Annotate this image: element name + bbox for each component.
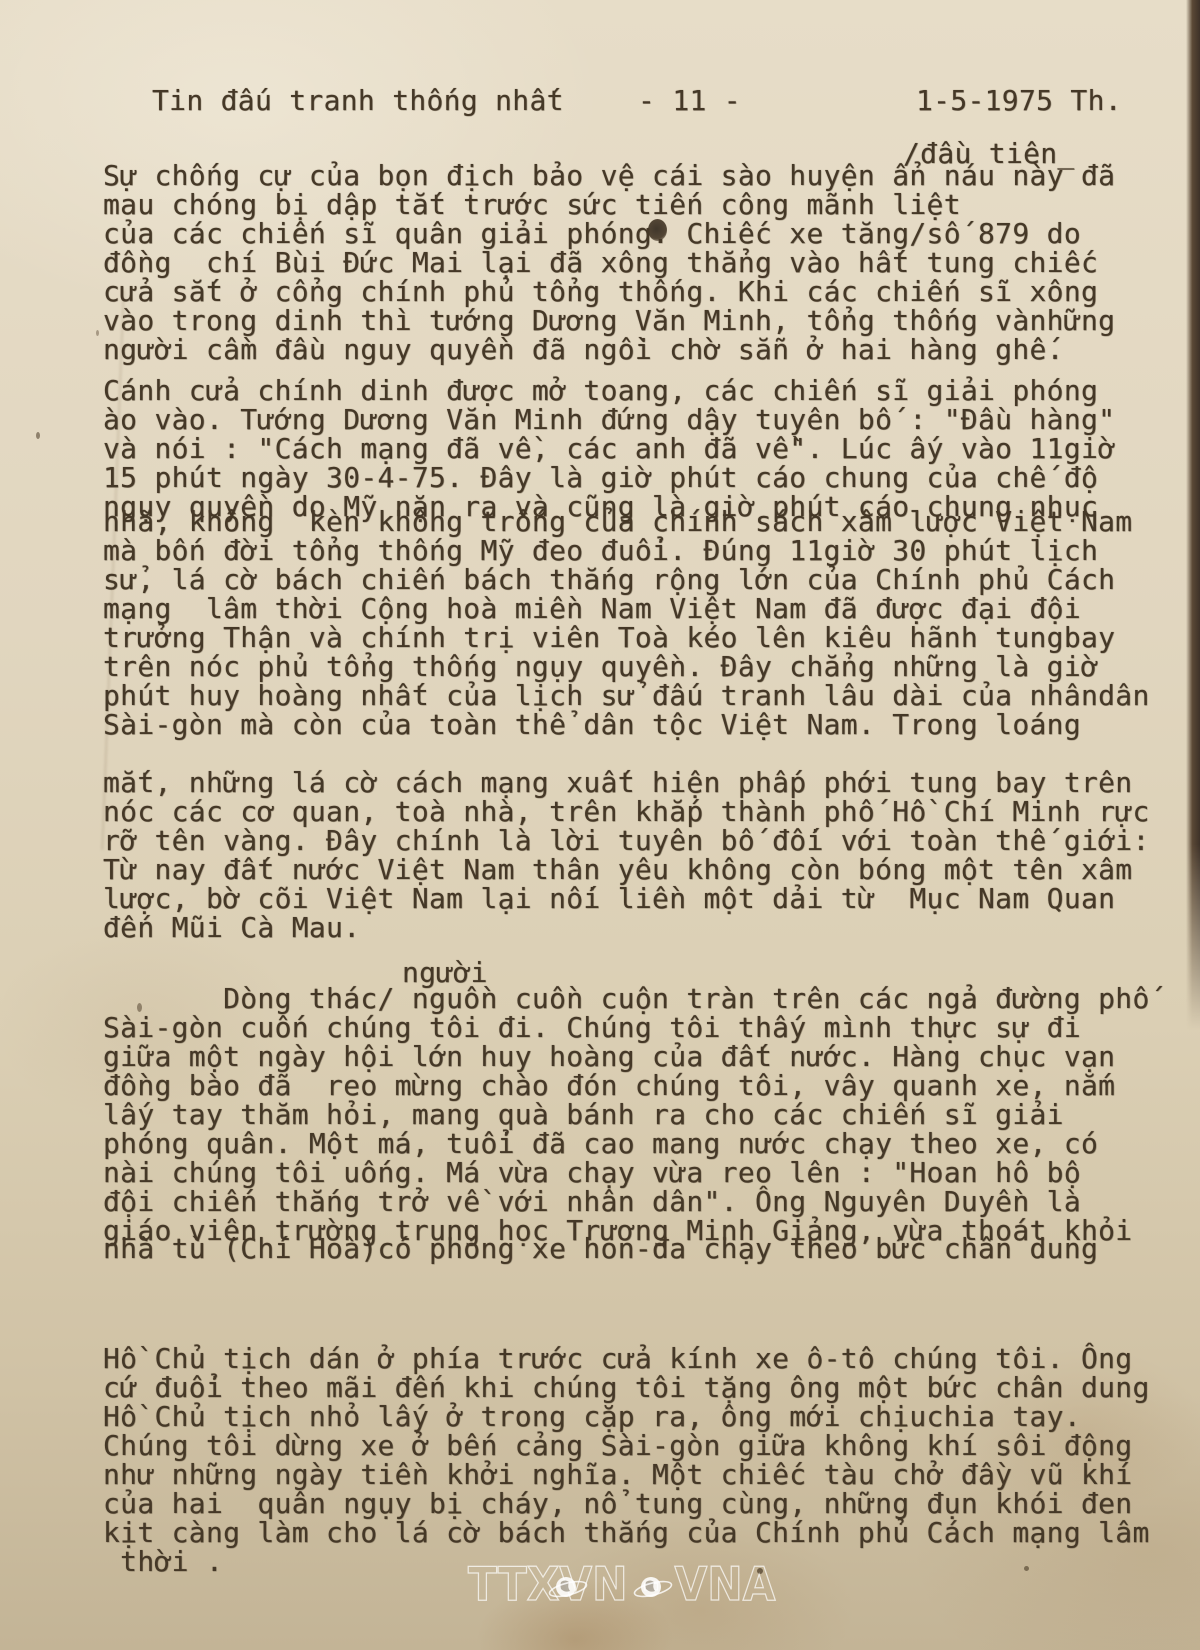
paragraph-1: Sự chống cự của bọn địch bảo vệ cái sào … (103, 161, 1188, 364)
globe-icon (545, 1570, 591, 1606)
text-line: của hai quân ngụy bị cháy, nổ tung cùng,… (103, 1489, 1188, 1518)
text-line: và nói : "Cách mạng đã về, các anh đã về… (103, 434, 1188, 463)
text-line: rỡ tên vàng. Đây chính là lời tuyên bố đ… (103, 826, 1188, 855)
text-line: phóng quân. Một má, tuổi đã cao mang nướ… (103, 1129, 1188, 1158)
paragraph-5: Hồ Chủ tịch dán ở phía trước cửa kính xe… (103, 1344, 1188, 1576)
globe-icon (630, 1570, 676, 1606)
date-stamp: 1-5-1975 Th. (916, 84, 1122, 117)
text-line: đội chiến thắng trở về với nhân dân". Ôn… (103, 1187, 1188, 1216)
text-line: đồng chí Bùi Đức Mai lại đã xông thẳng v… (103, 248, 1188, 277)
page-number: - 11 - (638, 84, 741, 117)
text-line: trưởng Thận và chính trị viên Toà kéo lê… (103, 623, 1188, 652)
paper-speck (36, 432, 40, 439)
text-line: mạng lâm thời Cộng hoà miền Nam Việt Nam… (103, 594, 1188, 623)
text-line: đồng bào đã reo mừng chào đón chúng tôi,… (103, 1071, 1188, 1100)
text-line: Hồ Chủ tịch dán ở phía trước cửa kính xe… (103, 1344, 1188, 1373)
text-line: Cánh cửa chính dinh được mở toang, các c… (103, 376, 1188, 405)
text-line: ào vào. Tướng Dương Văn Minh đứng dậy tu… (103, 405, 1188, 434)
text-line: trên nóc phủ tổng thống ngụy quyền. Đây … (103, 652, 1188, 681)
text-line: cửa sắt ở cổng chính phủ tổng thống. Khi… (103, 277, 1188, 306)
text-line: cứ đuổi theo mãi đến khi chúng tôi tặng … (103, 1373, 1188, 1402)
paper-speck (96, 330, 99, 336)
text-line: vào trong dinh thì tướng Dương Văn Minh,… (103, 306, 1188, 335)
document-title: Tin đấu tranh thống nhất (152, 84, 564, 117)
text-line: lược, bờ cõi Việt Nam lại nối liền một d… (103, 884, 1188, 913)
text-line: lấy tay thăm hỏi, mang quà bánh ra cho c… (103, 1100, 1188, 1129)
watermark-text: TTXVN - VNA (468, 1558, 781, 1618)
scanned-document-page: { "document": { "header": { "title": "Ti… (0, 0, 1200, 1650)
text-line: mắt, những lá cờ cách mạng xuất hiện phấ… (103, 768, 1188, 797)
text-line: giữa một ngày hội lớn huy hoàng của đất … (103, 1042, 1188, 1071)
text-line: nài chúng tôi uống. Má vừa chạy vừa reo … (103, 1158, 1188, 1187)
text-line: người cầm đầu nguy quyền đã ngồi chờ sẵn… (103, 335, 1188, 364)
text-line: Sài-gòn cuốn chúng tôi đi. Chúng tôi thấ… (103, 1013, 1188, 1042)
text-line: kịt càng làm cho lá cờ bách thắng của Ch… (103, 1518, 1188, 1547)
page-header: Tin đấu tranh thống nhất - 11 - 1-5-1975… (0, 84, 1200, 116)
text-line: Sài-gòn mà còn của toàn thể dân tộc Việt… (103, 710, 1188, 739)
text-line: sử, lá cờ bách chiến bách thắng rộng lớn… (103, 565, 1188, 594)
text-line: đến Mũi Cà Mau. (103, 913, 1188, 942)
paragraph-4: Dòng thác/ nguồn cuồn cuộn tràn trên các… (103, 984, 1188, 1263)
text-line: Sự chống cự của bọn địch bảo vệ cái sào … (103, 161, 1188, 190)
page-edge-shadow (1186, 0, 1200, 1030)
paragraph-3: mắt, những lá cờ cách mạng xuất hiện phấ… (103, 768, 1188, 942)
text-line: Chúng tôi dừng xe ở bến cảng Sài-gòn giữ… (103, 1431, 1188, 1460)
text-line: mau chóng bị dập tắt trước sức tiến công… (103, 190, 1188, 219)
text-line: Từ nay đất nước Việt Nam thân yêu không … (103, 855, 1188, 884)
text-line: của các chiến sĩ quân giải phóng. Chiếc … (103, 219, 1188, 248)
text-line: nóc các cơ quan, toà nhà, trên khắp thàn… (103, 797, 1188, 826)
text-line: 15 phút ngày 30-4-75. Đây là giờ phút cá… (103, 463, 1188, 492)
text-line: nhà tù (Chí Hoà)có phóng xe hon-đa chạy … (103, 1234, 1188, 1263)
text-line: Hồ Chủ tịch nhỏ lấy ở trong cặp ra, ông … (103, 1402, 1188, 1431)
text-line: mà bốn đời tổng thống Mỹ đeo đuổi. Đúng … (103, 536, 1188, 565)
text-line: Dòng thác/ nguồn cuồn cuộn tràn trên các… (103, 984, 1188, 1013)
paragraph-2: Cánh cửa chính dinh được mở toang, các c… (103, 376, 1188, 739)
text-line: nhã, không kèn không trống của chính sác… (103, 507, 1188, 536)
text-line: phút huy hoàng nhất của lịch sử đấu tran… (103, 681, 1188, 710)
text-line: như những ngày tiền khởi nghĩa. Một chiế… (103, 1460, 1188, 1489)
